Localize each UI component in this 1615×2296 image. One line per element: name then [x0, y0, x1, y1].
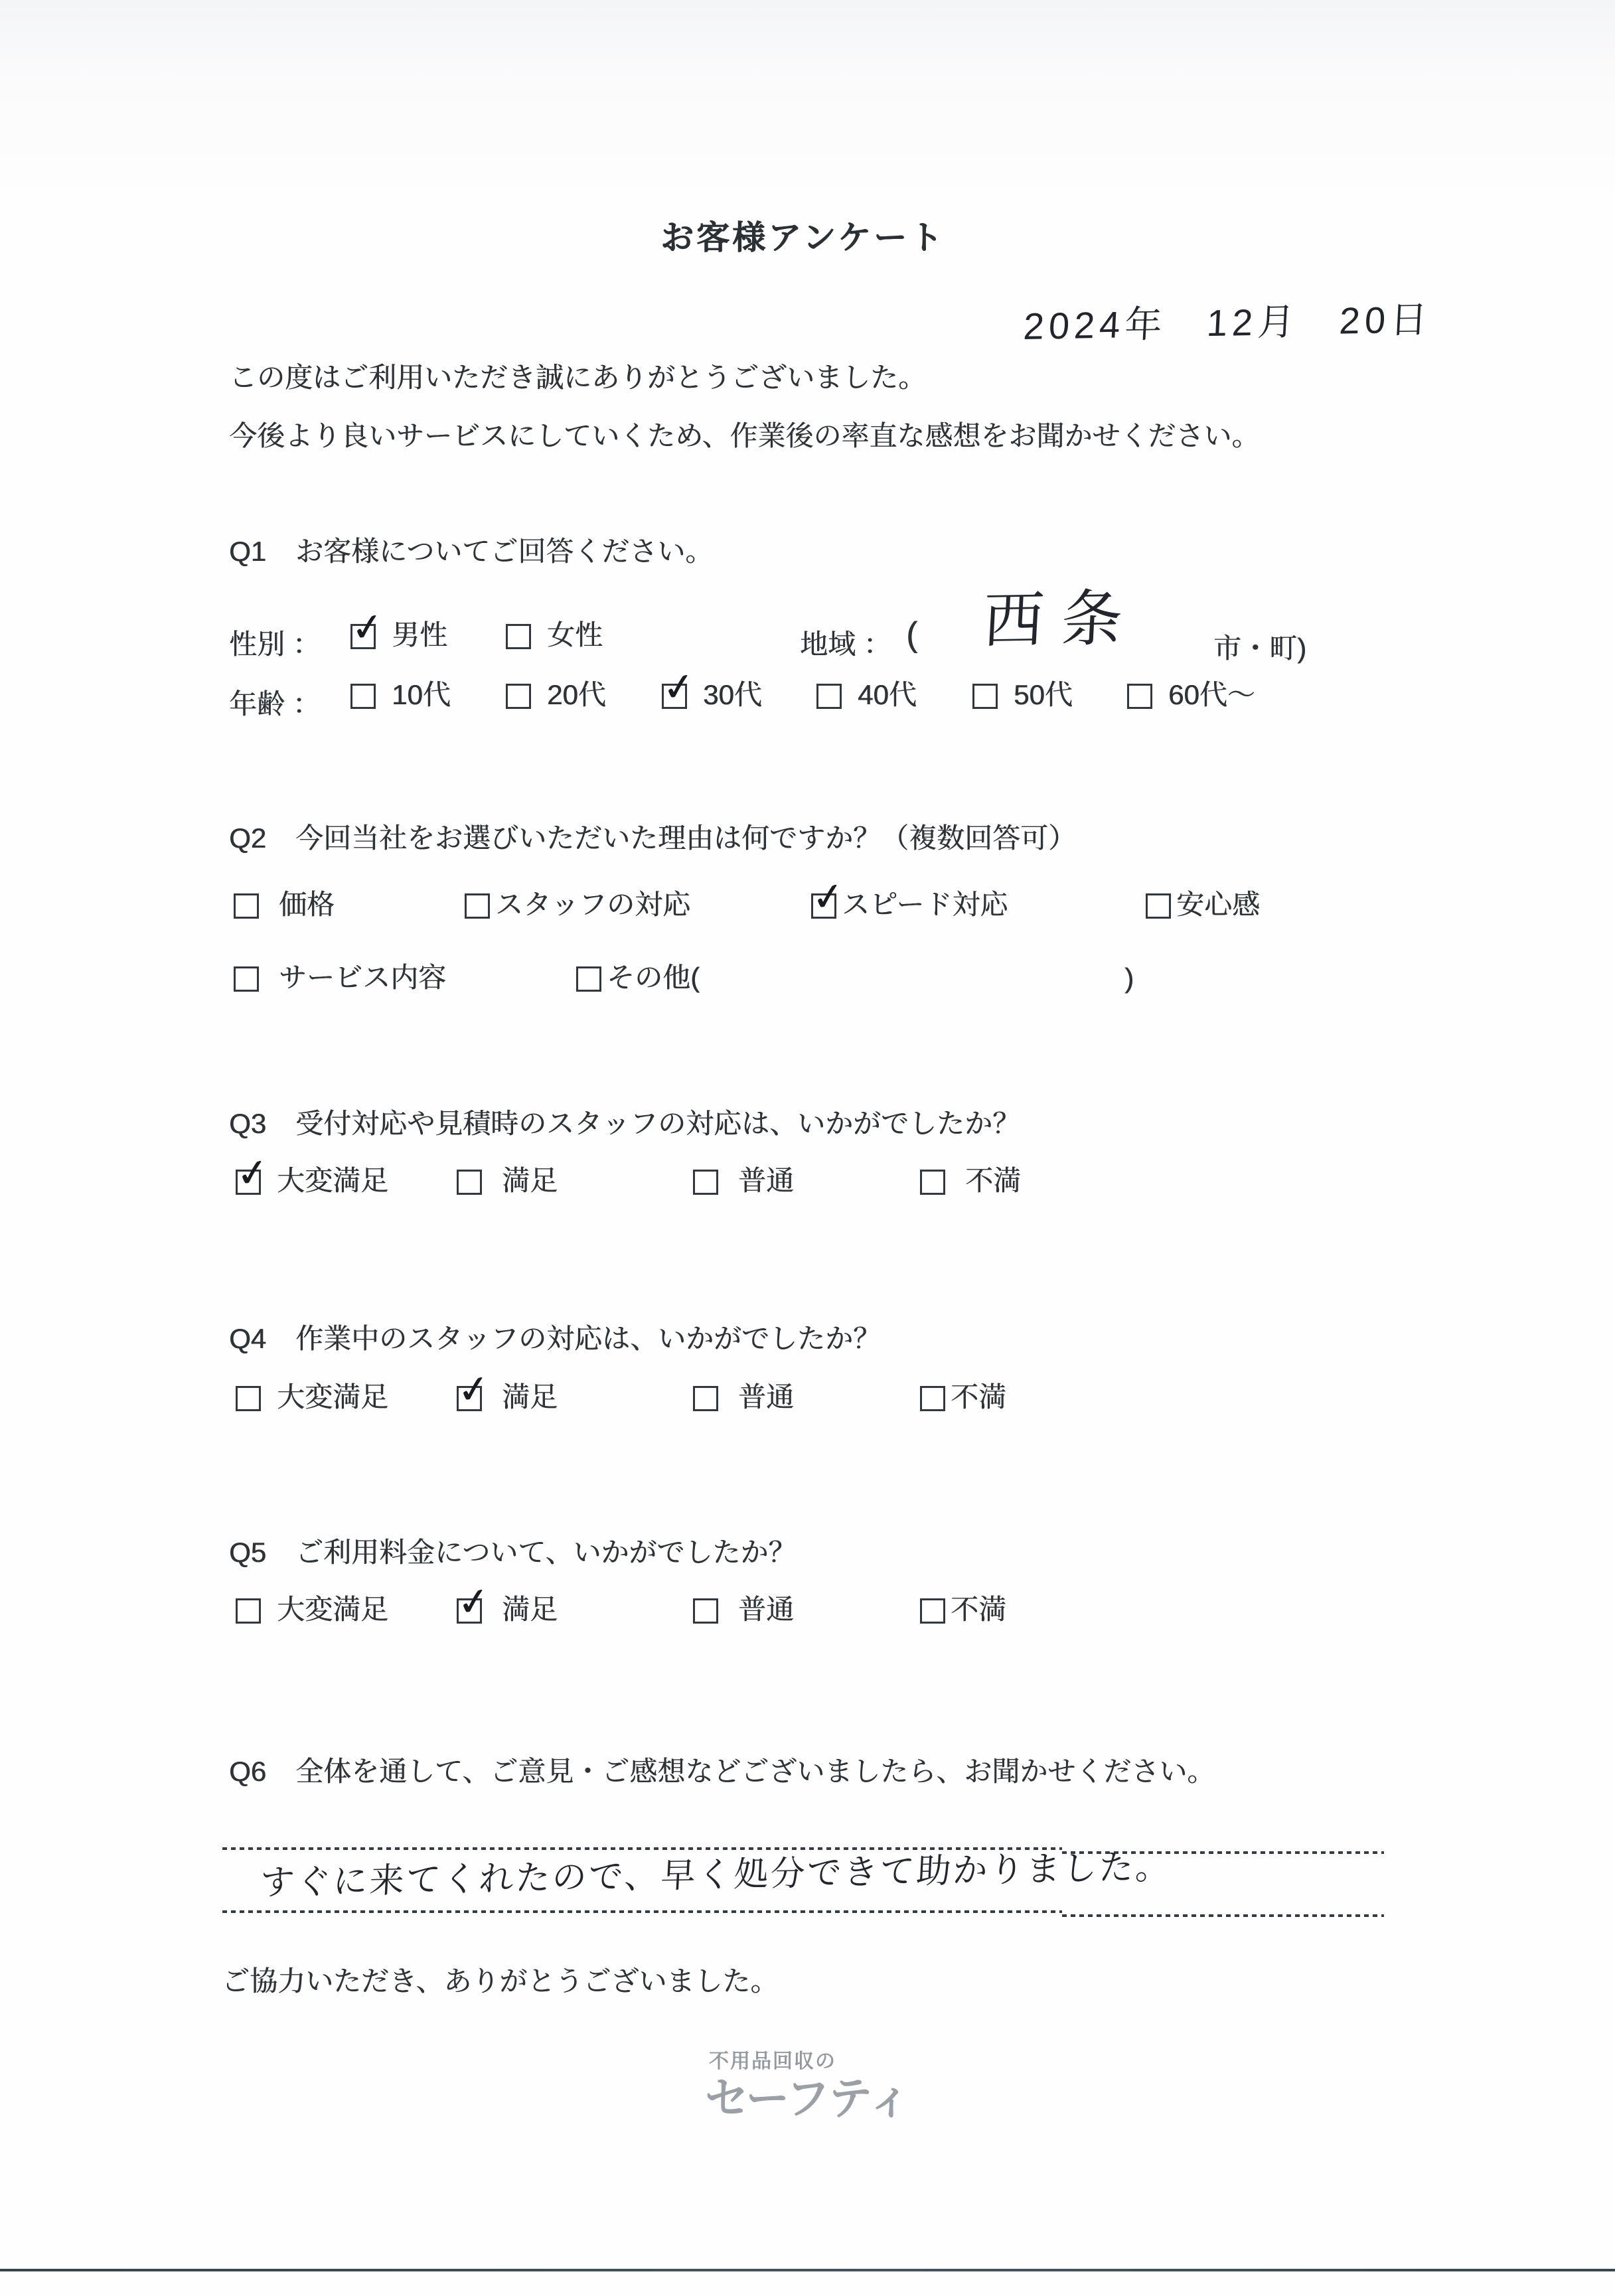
option-label: 大変満足	[277, 1382, 388, 1413]
option-label: 普通	[738, 1594, 794, 1625]
answer-line-bottom-left	[222, 1910, 1062, 1913]
option-label: 男性	[392, 620, 447, 651]
q3-heading: Q3受付対応や見積時のスタッフの対応は、いかがでしたか？	[229, 1102, 1020, 1142]
age-label: 年齢 ：	[229, 682, 321, 722]
q1-heading: Q1お客様についてご回答ください。	[229, 530, 713, 570]
checkbox-option-age-40s[interactable]: 40代	[816, 680, 917, 710]
option-label: 20代	[547, 680, 606, 710]
other-close-paren: )	[1124, 962, 1134, 994]
scanned-survey-page: { "page": { "title": "お客様アンケート", "date_h…	[0, 0, 1615, 2296]
closing-message: ご協力いただき、ありがとうございました。	[222, 1959, 778, 1999]
option-label: 満足	[502, 1166, 558, 1196]
checkbox-option-q3-very-satisfied[interactable]: 大変満足	[236, 1166, 388, 1196]
option-label: サービス内容	[279, 962, 446, 993]
checkbox-option-price[interactable]: 価格	[234, 889, 335, 920]
checkbox-male[interactable]	[350, 624, 376, 649]
checkbox-option-other[interactable]: その他(	[576, 962, 700, 993]
option-label: スピード対応	[842, 889, 1008, 920]
q3-number: Q3	[229, 1108, 266, 1139]
checkbox-option-q4-satisfied[interactable]: 満足	[457, 1382, 558, 1413]
option-label: 30代	[703, 680, 762, 710]
checkbox-q4-very-satisfied[interactable]	[236, 1386, 261, 1411]
checkbox-q5-satisfied[interactable]	[457, 1598, 482, 1624]
checkbox-other[interactable]	[576, 966, 601, 992]
checkbox-option-q4-dissatisfied[interactable]: 不満	[920, 1382, 1006, 1413]
checkbox-reassurance[interactable]	[1146, 893, 1171, 919]
q1-text: お客様についてご回答ください。	[295, 536, 713, 567]
checkbox-q4-satisfied[interactable]	[457, 1386, 482, 1411]
scan-edge-line	[0, 2269, 1615, 2271]
checkbox-age-40s[interactable]	[816, 684, 842, 709]
checkbox-staff-response[interactable]	[465, 893, 490, 919]
q2-number: Q2	[229, 822, 266, 854]
q4-heading: Q4作業中のスタッフの対応は、いかがでしたか？	[229, 1317, 881, 1357]
checkbox-option-q4-very-satisfied[interactable]: 大変満足	[236, 1382, 388, 1413]
checkbox-option-q3-neutral[interactable]: 普通	[693, 1166, 794, 1196]
checkbox-q4-dissatisfied[interactable]	[920, 1386, 945, 1411]
intro-line-2: 今後より良いサービスにしていくため、作業後の率直な感想をお聞かせください。	[229, 414, 1259, 454]
q3-text: 受付対応や見積時のスタッフの対応は、いかがでしたか？	[295, 1108, 1020, 1139]
q5-text: ご利用料金について、いかがでしたか？	[295, 1537, 796, 1568]
answer-line-bottom-right	[1062, 1914, 1384, 1917]
option-label: 普通	[738, 1382, 794, 1413]
checkbox-option-q5-satisfied[interactable]: 満足	[457, 1594, 558, 1625]
option-label: その他(	[607, 962, 700, 993]
checkbox-option-q3-dissatisfied[interactable]: 不満	[920, 1166, 1021, 1196]
checkbox-q5-dissatisfied[interactable]	[920, 1598, 945, 1624]
q2-heading: Q2今回当社をお選びいただいた理由は何ですか？（複数回答可）	[229, 816, 1076, 856]
option-label: 不満	[951, 1594, 1006, 1625]
checkbox-option-q5-very-satisfied[interactable]: 大変満足	[236, 1594, 388, 1625]
checkbox-age-20s[interactable]	[506, 684, 531, 709]
option-label: 安心感	[1176, 889, 1260, 920]
checkbox-option-q5-dissatisfied[interactable]: 不満	[920, 1594, 1006, 1625]
checkbox-option-q3-satisfied[interactable]: 満足	[457, 1166, 558, 1196]
q4-number: Q4	[229, 1323, 266, 1354]
checkbox-age-10s[interactable]	[350, 684, 376, 709]
checkbox-speed[interactable]	[811, 893, 836, 919]
checkbox-option-q4-neutral[interactable]: 普通	[693, 1382, 794, 1413]
q2-text: 今回当社をお選びいただいた理由は何ですか？（複数回答可）	[295, 822, 1076, 854]
checkbox-option-age-50s[interactable]: 50代	[972, 680, 1073, 710]
region-open-paren: (	[906, 615, 917, 654]
page-title: お客様アンケート	[660, 211, 945, 259]
option-label: 価格	[279, 889, 335, 920]
option-label: 満足	[502, 1594, 558, 1625]
option-label: 50代	[1014, 680, 1073, 710]
option-label: 女性	[547, 620, 603, 651]
checkbox-q5-neutral[interactable]	[693, 1598, 718, 1624]
q6-text: 全体を通して、ご意見・ご感想などございましたら、お聞かせください。	[295, 1756, 1215, 1787]
checkbox-female[interactable]	[506, 624, 531, 649]
option-label: 60代～	[1168, 680, 1255, 710]
q5-number: Q5	[229, 1537, 266, 1568]
q6-number: Q6	[229, 1756, 266, 1787]
checkbox-age-30s[interactable]	[662, 684, 687, 709]
region-value-handwritten[interactable]: 西条	[981, 570, 1142, 660]
region-label: 地域 ：	[800, 623, 891, 662]
option-label: 40代	[858, 680, 917, 710]
checkbox-option-male[interactable]: 男性	[350, 620, 447, 651]
option-label: 不満	[965, 1166, 1021, 1196]
checkbox-q3-neutral[interactable]	[693, 1170, 718, 1195]
checkbox-q3-satisfied[interactable]	[457, 1170, 482, 1195]
checkbox-service-content[interactable]	[234, 966, 259, 992]
checkbox-option-reassurance[interactable]: 安心感	[1146, 889, 1260, 920]
checkbox-option-q5-neutral[interactable]: 普通	[693, 1594, 794, 1625]
checkbox-q3-dissatisfied[interactable]	[920, 1170, 945, 1195]
q4-text: 作業中のスタッフの対応は、いかがでしたか？	[295, 1323, 881, 1354]
checkbox-option-staff-response[interactable]: スタッフの対応	[465, 889, 690, 920]
checkbox-q4-neutral[interactable]	[693, 1386, 718, 1411]
q6-heading: Q6全体を通して、ご意見・ご感想などございましたら、お聞かせください。	[229, 1750, 1215, 1790]
checkbox-price[interactable]	[234, 893, 259, 919]
option-label: 大変満足	[277, 1594, 388, 1625]
checkbox-option-service-content[interactable]: サービス内容	[234, 962, 446, 993]
q5-heading: Q5ご利用料金について、いかがでしたか？	[229, 1531, 796, 1570]
company-logo-safety: セーフティ	[705, 2063, 910, 2127]
region-suffix: 市・町)	[1213, 627, 1306, 666]
q1-number: Q1	[229, 536, 266, 567]
checkbox-age-50s[interactable]	[972, 684, 998, 709]
option-label: 10代	[392, 680, 451, 710]
checkbox-option-speed[interactable]: スピード対応	[811, 889, 1008, 920]
option-label: 満足	[502, 1382, 558, 1413]
checkbox-q3-very-satisfied[interactable]	[236, 1170, 261, 1195]
date-field-handwritten[interactable]: 2024年 12月 20日	[1022, 290, 1433, 350]
option-label: 普通	[738, 1166, 794, 1196]
checkbox-option-age-60s[interactable]: 60代～	[1127, 680, 1255, 710]
checkbox-option-age-30s[interactable]: 30代	[662, 680, 762, 710]
checkbox-option-age-20s[interactable]: 20代	[506, 680, 606, 710]
checkbox-q5-very-satisfied[interactable]	[236, 1598, 261, 1624]
option-label: スタッフの対応	[495, 889, 690, 920]
checkbox-age-60s[interactable]	[1127, 684, 1152, 709]
gender-label: 性別 ：	[229, 623, 321, 662]
intro-line-1: この度はご利用いただき誠にありがとうございました。	[229, 356, 926, 396]
checkbox-option-age-10s[interactable]: 10代	[350, 680, 451, 710]
option-label: 不満	[951, 1382, 1006, 1413]
checkbox-option-female[interactable]: 女性	[506, 620, 603, 651]
option-label: 大変満足	[277, 1166, 388, 1196]
